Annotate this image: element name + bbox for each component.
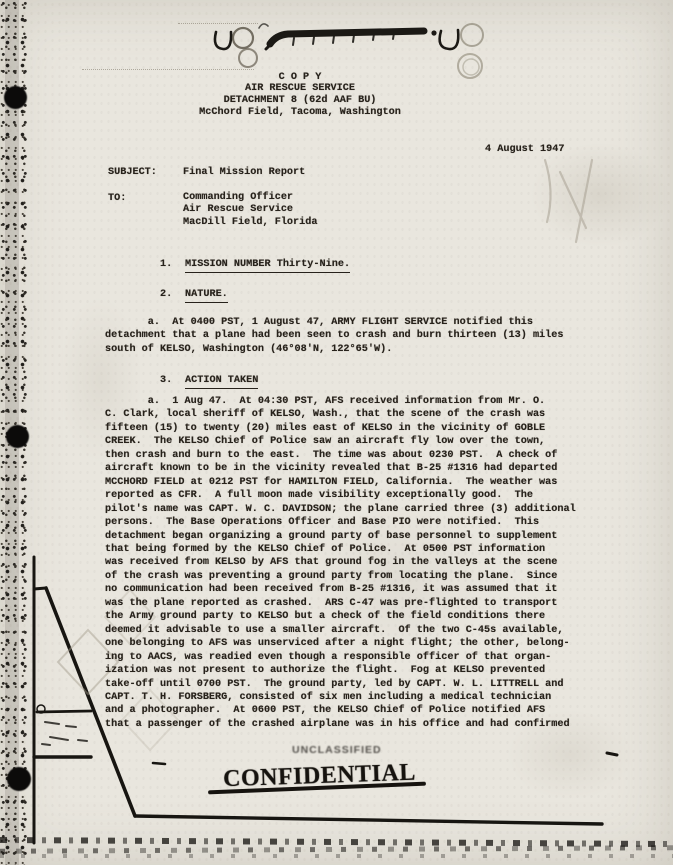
subject-value: Final Mission Report — [183, 166, 305, 179]
bottom-noise-band — [0, 837, 673, 847]
document-date: 4 August 1947 — [485, 143, 564, 156]
section-number: 2. — [160, 288, 185, 303]
figure-notch — [34, 588, 46, 589]
scanned-document-page: C O P Y AIR RESCUE SERVICE DETACHMENT 8 … — [0, 0, 673, 865]
subject-label: SUBJECT: — [108, 166, 157, 179]
hole-punch-top — [4, 86, 27, 109]
section-2-heading: 2. NATURE. — [160, 288, 228, 303]
to-address-lines: Commanding Officer Air Rescue Service Ma… — [183, 192, 318, 229]
stray-dash — [607, 753, 617, 755]
figure-baseline — [135, 816, 602, 824]
marker-bar-ticks — [293, 33, 394, 45]
to-label: TO: — [108, 192, 126, 205]
figure-speckles — [42, 722, 87, 745]
marker-bar-hook — [266, 44, 271, 49]
pen-u-mark-right — [440, 30, 459, 49]
stray-dash — [153, 763, 165, 764]
action-taken-paragraph: a. 1 Aug 47. At 04:30 PST, AFS received … — [105, 395, 605, 731]
faint-dotted-line — [178, 23, 258, 24]
bottom-noise-band — [0, 845, 673, 854]
section-title: MISSION NUMBER Thirty-Nine. — [185, 258, 350, 273]
section-1-heading: 1. MISSION NUMBER Thirty-Nine. — [160, 258, 350, 273]
unclassified-stamp: UNCLASSIFIED — [292, 744, 382, 755]
section-title: NATURE. — [185, 288, 228, 303]
marker-bar — [270, 31, 424, 44]
bottom-noise-band — [0, 854, 673, 858]
section-3-heading: 3. ACTION TAKEN — [160, 374, 258, 389]
pen-squiggle — [259, 24, 268, 28]
faint-dotted-line — [82, 69, 254, 70]
nature-paragraph: a. At 0400 PST, 1 August 47, ARMY FLIGHT… — [105, 316, 595, 356]
figure-horizontal-line — [37, 711, 91, 712]
pen-u-mark-left — [215, 32, 231, 49]
hole-punch-middle — [6, 425, 29, 448]
section-number: 3. — [160, 374, 185, 389]
section-title: ACTION TAKEN — [185, 374, 258, 389]
section-number: 1. — [160, 258, 185, 273]
faint-pencil-marks — [545, 160, 592, 242]
stamp-circle — [233, 28, 253, 48]
letterhead-org-lines: AIR RESCUE SERVICE DETACHMENT 8 (62d AAF… — [130, 83, 470, 120]
ink-dot — [431, 30, 436, 35]
faint-stamp-circle — [461, 24, 483, 46]
pen-mark-group — [215, 24, 483, 78]
stamp-circle — [239, 49, 257, 67]
figure-small-circle — [37, 705, 45, 713]
hole-punch-bottom — [7, 767, 31, 791]
